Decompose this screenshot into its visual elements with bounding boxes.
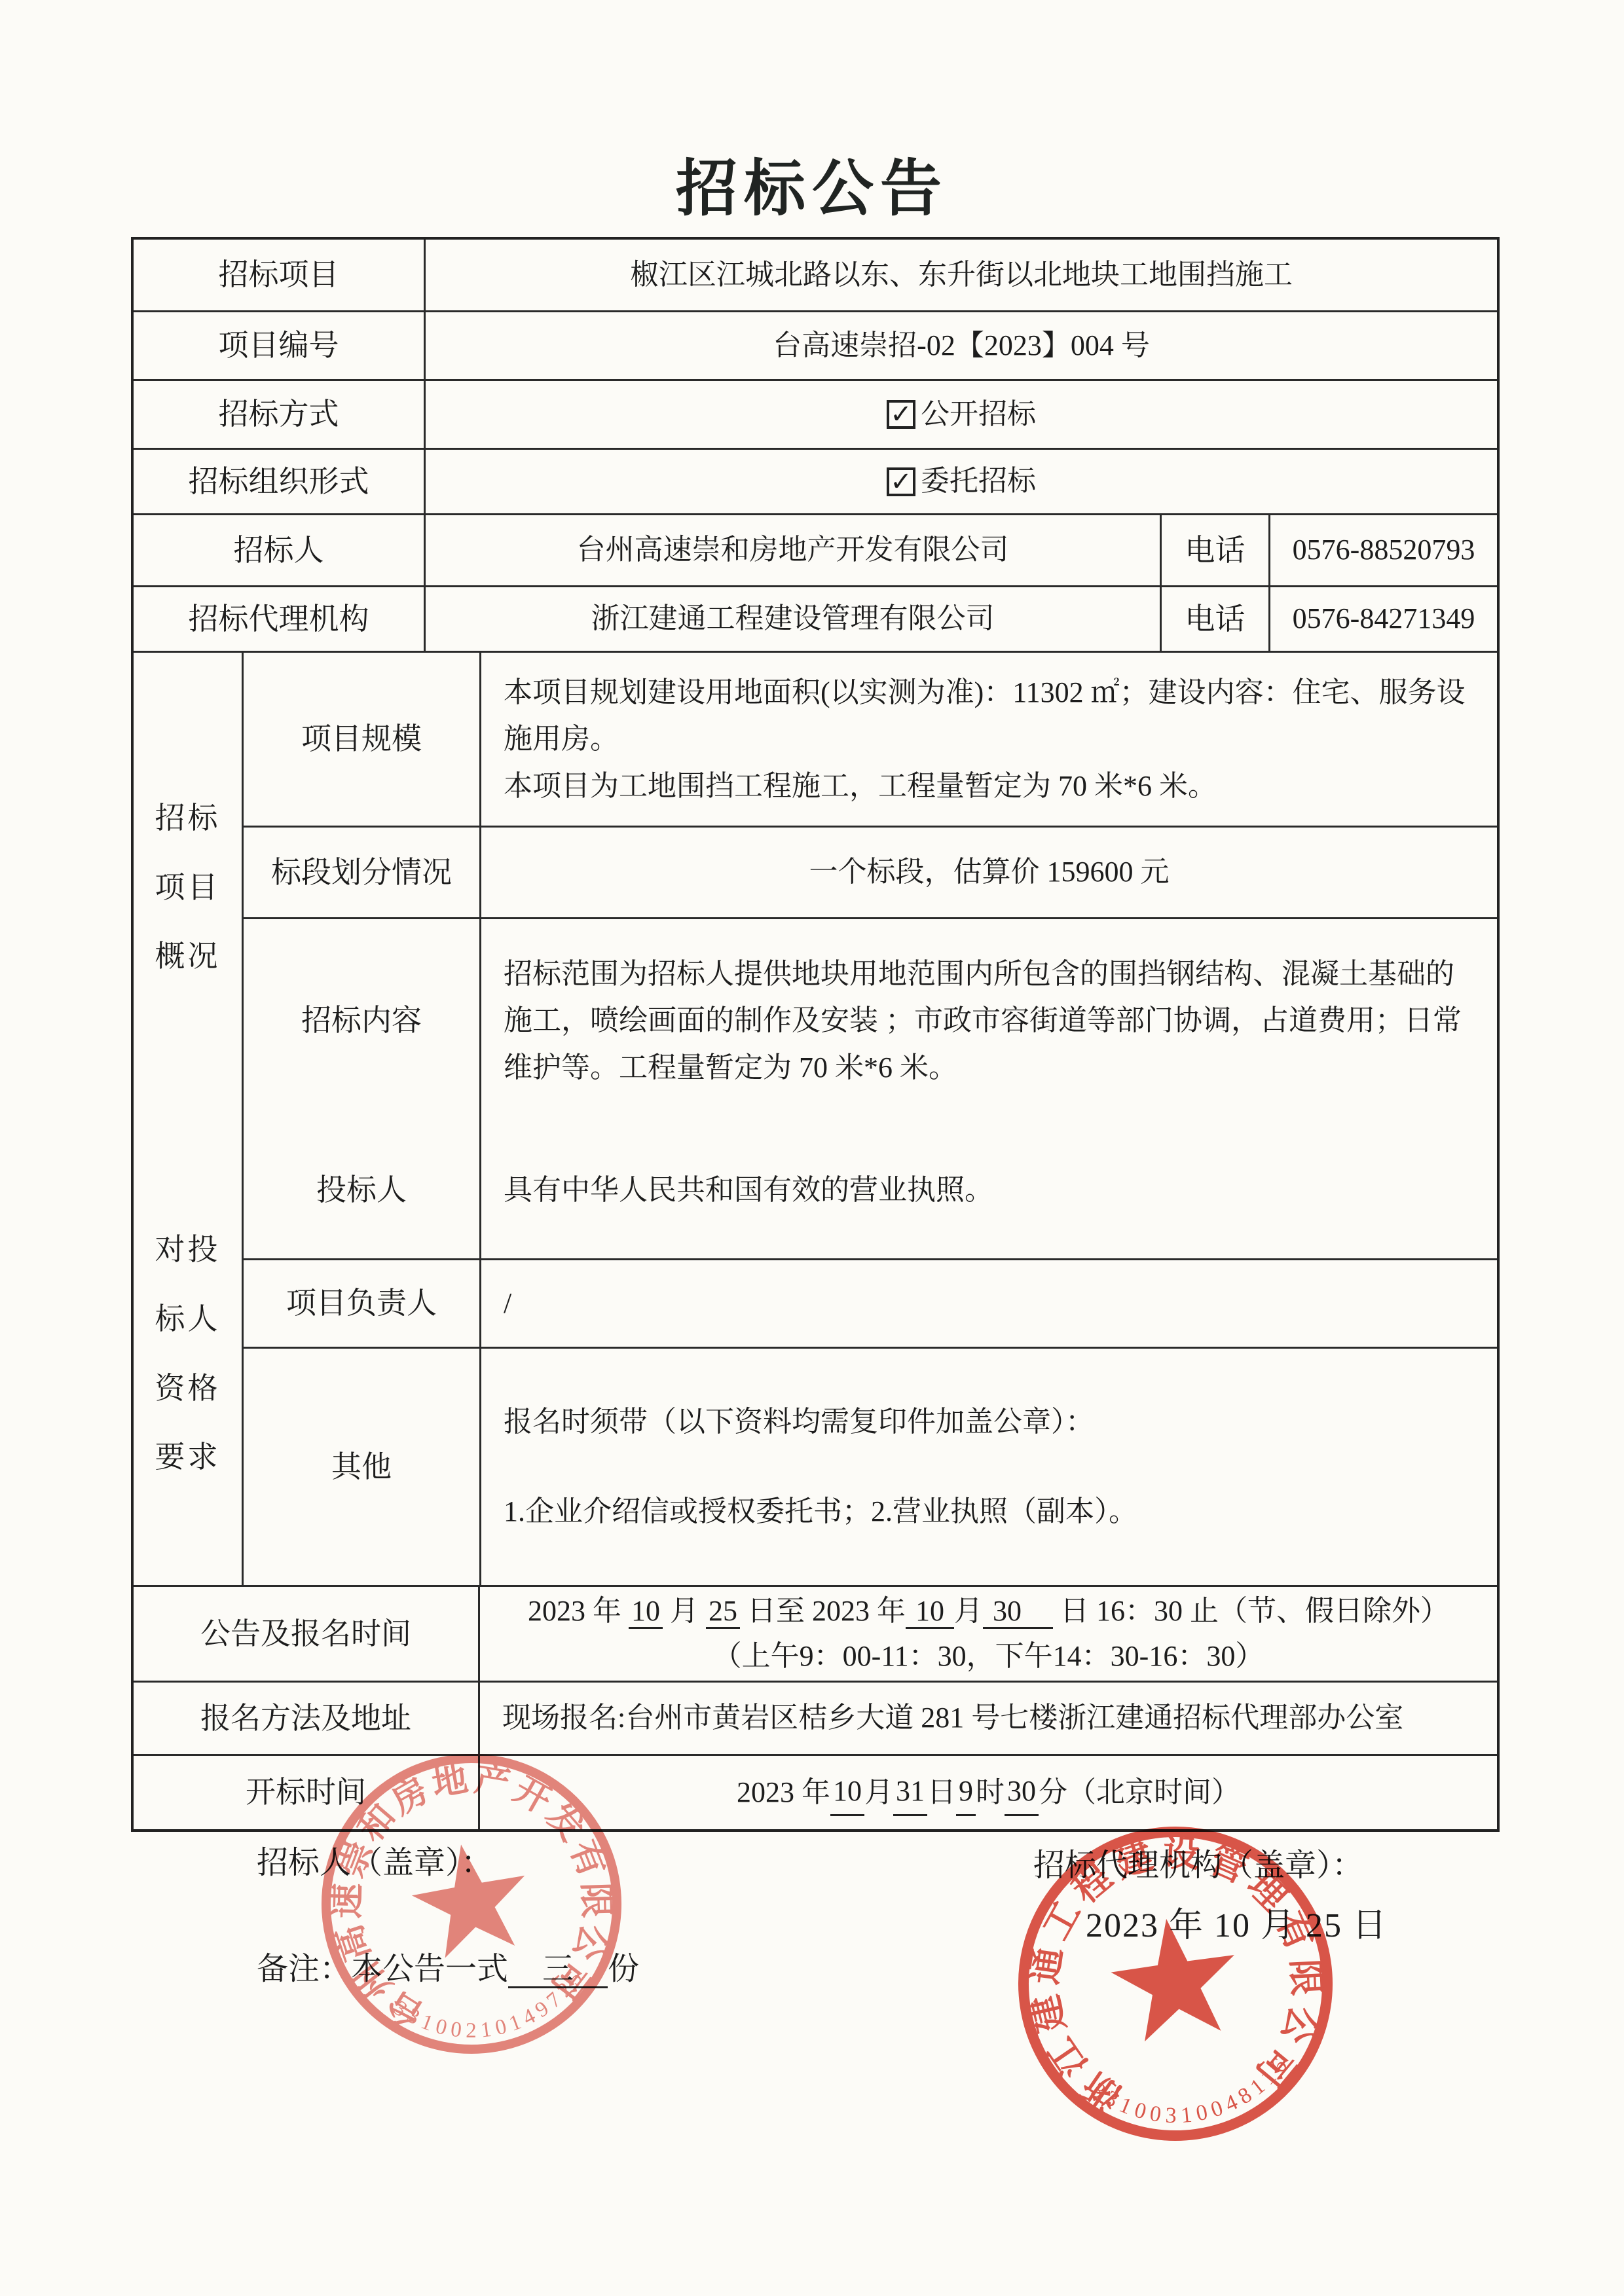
table-row: 报名方法及地址 现场报名:台州市黄岩区桔乡大道 281 号七楼浙江建通招标代理部… xyxy=(134,1681,1497,1754)
row-label-agency: 招标代理机构 xyxy=(134,587,424,651)
announce-time-line1: 2023 年 10 月 25 日至 2023 年 10 月 30 日 16：30… xyxy=(528,1589,1449,1633)
text-segment: 时 xyxy=(976,1770,1005,1815)
row-label-organization-form: 招标组织形式 xyxy=(134,450,424,513)
text-segment: 分（北京时间） xyxy=(1039,1770,1240,1815)
row-value-project-scale: 本项目规划建设用地面积(以实测为准)：11302 ㎡；建设内容：住宅、服务设施用… xyxy=(479,653,1497,826)
row-label-register-method: 报名方法及地址 xyxy=(134,1683,478,1754)
row-label-other: 其他 xyxy=(244,1349,479,1585)
row-value-bidder: 具有中华人民共和国有效的营业执照。 xyxy=(479,1122,1497,1258)
agency-phone-label: 电话 xyxy=(1160,587,1268,651)
text-segment: 2023 年 xyxy=(528,1595,629,1627)
row-value-organization-form: ✓ 委托招标 xyxy=(424,450,1497,513)
row-label-project-scale: 项目规模 xyxy=(244,653,479,826)
table-row: 项目规模 本项目规划建设用地面积(以实测为准)：11302 ㎡；建设内容：住宅、… xyxy=(244,653,1497,826)
table-row: 招标组织形式 ✓ 委托招标 xyxy=(134,448,1497,513)
table-row: 招标项目 椒江区江城北路以东、东升街以北地块工地围挡施工 xyxy=(134,240,1497,310)
underlined-value: 30 xyxy=(983,1595,1053,1629)
agency-company-seal: 浙江建通工程建设管理有限公司 33100310048116 xyxy=(991,1799,1361,2169)
text-segment: 日 xyxy=(927,1770,956,1815)
seal-star-icon xyxy=(1105,1910,1245,2045)
row-label-tender-method: 招标方式 xyxy=(134,381,424,448)
row-value-project: 椒江区江城北路以东、东升街以北地块工地围挡施工 xyxy=(424,240,1497,310)
tenderer-company-seal: 台州高速崇和房地产开发有限公司 33100210149725 xyxy=(289,1722,654,2086)
announce-time-line2: （上午9：00-11：30，下午14：30-16：30） xyxy=(713,1634,1264,1679)
table-row: 投标人 具有中华人民共和国有效的营业执照。 xyxy=(244,1122,1497,1258)
row-label-project-number: 项目编号 xyxy=(134,312,424,379)
tenderer-company: 台州高速崇和房地产开发有限公司 xyxy=(424,515,1160,585)
table-row: 招标方式 ✓ 公开招标 xyxy=(134,379,1497,448)
row-value-tender-content: 招标范围为招标人提供地块用地范围内所包含的围挡钢结构、混凝土基础的施工，喷绘画面… xyxy=(479,919,1497,1122)
text-segment: 月 xyxy=(663,1595,706,1627)
row-label-project: 招标项目 xyxy=(134,240,424,310)
row-value-register-method: 现场报名:台州市黄岩区桔乡大道 281 号七楼浙江建通招标代理部办公室 xyxy=(478,1683,1497,1754)
section-bidder-qualification: 对投 标人 资格 要求 投标人 具有中华人民共和国有效的营业执照。 项目负责人 … xyxy=(134,1122,1497,1585)
text-segment: 月 xyxy=(954,1595,983,1627)
row-label-lot-division: 标段划分情况 xyxy=(244,828,479,917)
checkbox-checked-icon: ✓ xyxy=(887,467,915,496)
tenderer-phone-label: 电话 xyxy=(1160,515,1268,585)
row-value-announce-time: 2023 年 10 月 25 日至 2023 年 10 月 30 日 16：30… xyxy=(478,1587,1497,1681)
table-row: 招标内容 招标范围为招标人提供地块用地范围内所包含的围挡钢结构、混凝土基础的施工… xyxy=(244,917,1497,1122)
tender-table: 招标项目 椒江区江城北路以东、东升街以北地块工地围挡施工 项目编号 台高速崇招-… xyxy=(131,237,1500,1832)
row-value-tender-method: ✓ 公开招标 xyxy=(424,381,1497,448)
underlined-value: 30 xyxy=(1005,1769,1039,1815)
row-value-project-number: 台高速崇招-02【2023】004 号 xyxy=(424,312,1497,379)
row-label-bidder: 投标人 xyxy=(244,1122,479,1258)
tender-method-text: 公开招标 xyxy=(921,392,1036,437)
table-row: 标段划分情况 一个标段，估算价 159600 元 xyxy=(244,826,1497,917)
row-label-tender-content: 招标内容 xyxy=(244,919,479,1122)
document-page: 招标公告 招标项目 椒江区江城北路以东、东升街以北地块工地围挡施工 项目编号 台… xyxy=(0,0,1624,2296)
page-title: 招标公告 xyxy=(0,139,1624,227)
table-row: 公告及报名时间 2023 年 10 月 25 日至 2023 年 10 月 30… xyxy=(134,1585,1497,1681)
underlined-value: 9 xyxy=(956,1769,976,1815)
text-segment: 2023 年 xyxy=(737,1770,830,1815)
underlined-value: 25 xyxy=(706,1595,740,1629)
agency-company: 浙江建通工程建设管理有限公司 xyxy=(424,587,1160,651)
row-label-announce-time: 公告及报名时间 xyxy=(134,1587,478,1681)
underlined-value: 10 xyxy=(629,1595,663,1629)
row-value-lot-division: 一个标段，估算价 159600 元 xyxy=(479,828,1497,917)
row-value-other: 报名时须带（以下资料均需复印件加盖公章）： 1.企业介绍信或授权委托书；2.营业… xyxy=(479,1349,1497,1585)
row-value-opening-time: 2023 年 10 月 31 日 9 时 30 分（北京时间） xyxy=(478,1756,1497,1829)
text-segment: 日至 2023 年 xyxy=(740,1595,906,1627)
checkbox-checked-icon: ✓ xyxy=(887,400,915,429)
underlined-value: 10 xyxy=(830,1769,864,1815)
table-row: 招标代理机构 浙江建通工程建设管理有限公司 电话 0576-84271349 xyxy=(134,585,1497,651)
row-label-tenderer: 招标人 xyxy=(134,515,424,585)
table-row: 项目负责人 / xyxy=(244,1258,1497,1347)
text-segment: 日 16：30 止（节、假日除外） xyxy=(1053,1595,1449,1627)
organization-form-text: 委托招标 xyxy=(921,459,1036,503)
row-label-project-manager: 项目负责人 xyxy=(244,1260,479,1347)
tenderer-phone-number: 0576-88520793 xyxy=(1268,515,1497,585)
section-project-overview: 招标 项目 概况 项目规模 本项目规划建设用地面积(以实测为准)：11302 ㎡… xyxy=(134,651,1497,1122)
underlined-value: 31 xyxy=(893,1769,927,1815)
group-label-bidder-qualification: 对投 标人 资格 要求 xyxy=(134,1122,242,1585)
underlined-value: 10 xyxy=(906,1595,954,1629)
table-row: 其他 报名时须带（以下资料均需复印件加盖公章）： 1.企业介绍信或授权委托书；2… xyxy=(244,1347,1497,1585)
table-row: 招标人 台州高速崇和房地产开发有限公司 电话 0576-88520793 xyxy=(134,513,1497,585)
table-row: 项目编号 台高速崇招-02【2023】004 号 xyxy=(134,310,1497,379)
seal-star-icon xyxy=(405,1834,536,1961)
group-label-project-overview: 招标 项目 概况 xyxy=(134,653,242,1122)
agency-phone-number: 0576-84271349 xyxy=(1268,587,1497,651)
row-value-project-manager: / xyxy=(479,1260,1497,1347)
text-segment: 月 xyxy=(864,1770,893,1815)
